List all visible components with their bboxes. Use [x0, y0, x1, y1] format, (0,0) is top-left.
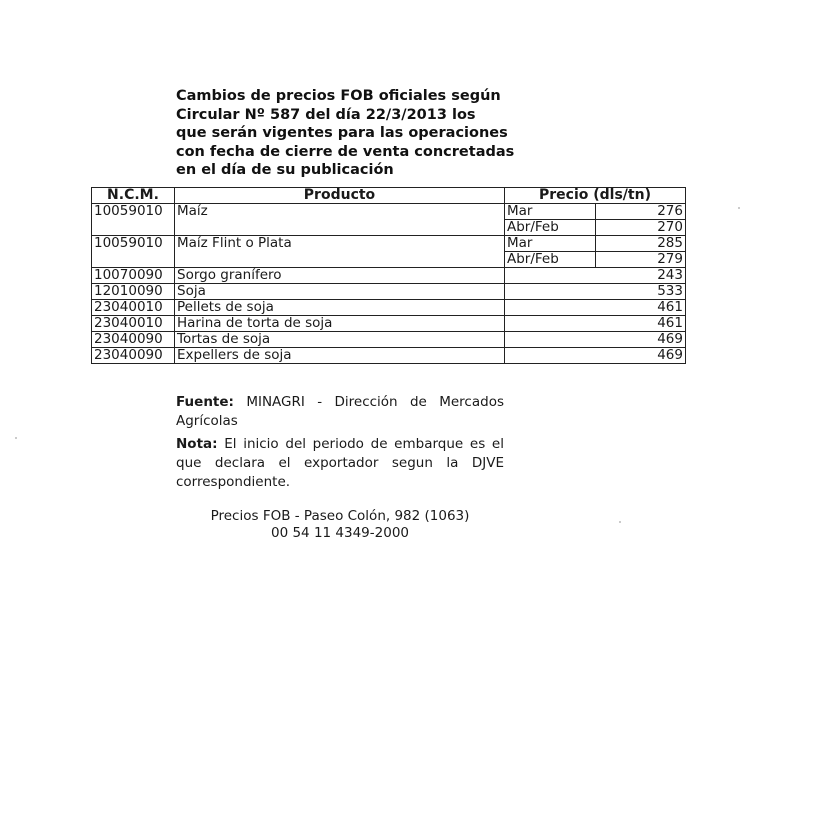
title-line: que serán vigentes para las operaciones: [176, 124, 516, 143]
price-cell: 469: [505, 348, 686, 364]
ncm-cell: 23040090: [92, 348, 175, 364]
price-cell: 276: [596, 204, 686, 220]
footer-contact: Precios FOB - Paseo Colón, 982 (1063) 00…: [190, 508, 490, 542]
source-label: Fuente:: [176, 394, 234, 410]
product-cell: Expellers de soja: [175, 348, 505, 364]
ncm-cell: 23040010: [92, 316, 175, 332]
period-cell: Abr/Feb: [505, 220, 596, 236]
period-cell: Mar: [505, 236, 596, 252]
table-row: 10070090Sorgo granífero243: [92, 268, 686, 284]
table-row: 12010090Soja533: [92, 284, 686, 300]
period-cell: Mar: [505, 204, 596, 220]
product-cell: Maíz Flint o Plata: [175, 236, 505, 268]
product-cell: Maíz: [175, 204, 505, 236]
price-cell: 243: [505, 268, 686, 284]
table-row: 23040010Harina de torta de soja461: [92, 316, 686, 332]
price-cell: 469: [505, 332, 686, 348]
ncm-cell: 23040090: [92, 332, 175, 348]
price-cell: 461: [505, 316, 686, 332]
price-cell: 270: [596, 220, 686, 236]
table-row: 10059010Maíz Flint o PlataMar285: [92, 236, 686, 252]
price-cell: 533: [505, 284, 686, 300]
general-note: Nota: El inicio del periodo de embarque …: [176, 435, 504, 492]
price-cell: 461: [505, 300, 686, 316]
notes-section: Fuente: MINAGRI - Dirección de Mercados …: [176, 393, 504, 496]
ncm-cell: 10059010: [92, 236, 175, 268]
scan-speck: [15, 437, 17, 439]
footer-address: Precios FOB - Paseo Colón, 982 (1063): [190, 508, 490, 525]
price-table: N.C.M. Producto Precio (dls/tn) 10059010…: [91, 187, 686, 364]
product-cell: Tortas de soja: [175, 332, 505, 348]
scan-speck: [738, 207, 740, 209]
title-line: con fecha de cierre de venta concretadas: [176, 143, 516, 162]
header-precio: Precio (dls/tn): [505, 188, 686, 204]
title-line: en el día de su publicación: [176, 161, 516, 180]
scan-speck: [619, 521, 621, 523]
table-row: 23040090Tortas de soja469: [92, 332, 686, 348]
table-header-row: N.C.M. Producto Precio (dls/tn): [92, 188, 686, 204]
price-cell: 279: [596, 252, 686, 268]
product-cell: Sorgo granífero: [175, 268, 505, 284]
price-cell: 285: [596, 236, 686, 252]
header-producto: Producto: [175, 188, 505, 204]
period-cell: Abr/Feb: [505, 252, 596, 268]
note-label: Nota:: [176, 436, 218, 452]
document-title: Cambios de precios FOB oficiales según C…: [176, 87, 516, 180]
source-note: Fuente: MINAGRI - Dirección de Mercados …: [176, 393, 504, 431]
ncm-cell: 23040010: [92, 300, 175, 316]
product-cell: Harina de torta de soja: [175, 316, 505, 332]
ncm-cell: 10059010: [92, 204, 175, 236]
note-text: El inicio del periodo de embarque es el …: [176, 436, 504, 490]
title-line: Circular Nº 587 del día 22/3/2013 los: [176, 106, 516, 125]
product-cell: Soja: [175, 284, 505, 300]
product-cell: Pellets de soja: [175, 300, 505, 316]
table-row: 23040090Expellers de soja469: [92, 348, 686, 364]
ncm-cell: 10070090: [92, 268, 175, 284]
header-ncm: N.C.M.: [92, 188, 175, 204]
footer-phone: 00 54 11 4349-2000: [190, 525, 490, 542]
ncm-cell: 12010090: [92, 284, 175, 300]
table-row: 10059010MaízMar276: [92, 204, 686, 220]
table-row: 23040010Pellets de soja461: [92, 300, 686, 316]
title-line: Cambios de precios FOB oficiales según: [176, 87, 516, 106]
